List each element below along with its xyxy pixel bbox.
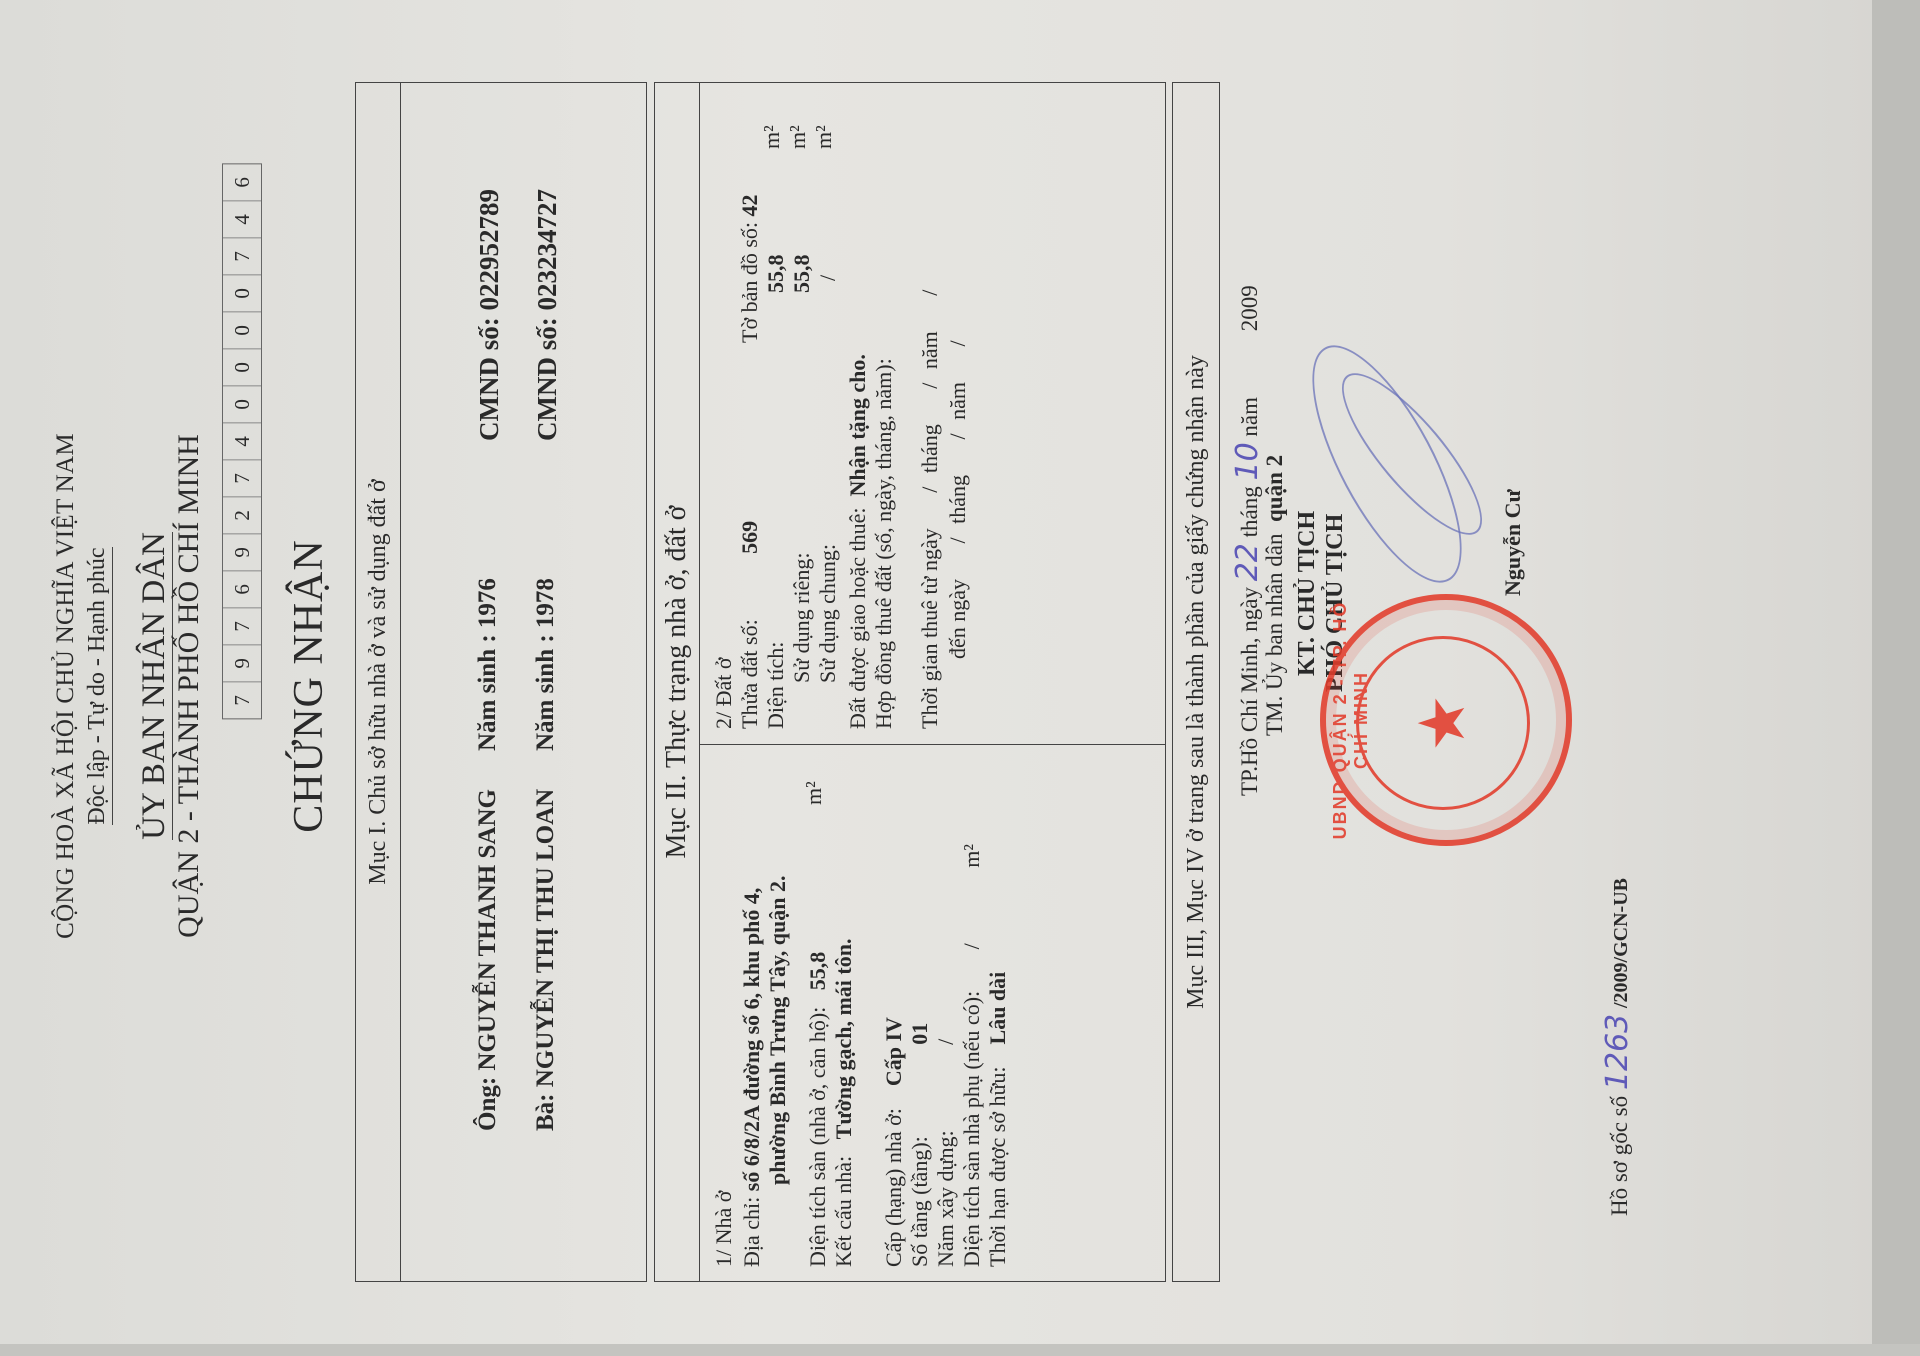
column-divider xyxy=(699,744,1165,745)
land-private-unit: m² xyxy=(785,125,811,149)
serial-digit: 4 xyxy=(223,200,261,237)
certificate-page: CỘNG HOÀ XÃ HỘI CHỦ NGHĨA VIỆT NAM Độc l… xyxy=(0,16,1840,1356)
owner-1-id: CMND số: 022952789 xyxy=(474,189,505,441)
land-area: Diện tích: xyxy=(763,642,789,729)
land-private-use: Sử dụng riêng: xyxy=(789,553,815,683)
land-area-unit: m² xyxy=(759,125,785,149)
land-allocation: Đất được giao hoặc thuê: Nhận tặng cho. xyxy=(845,354,871,729)
house-floors: Số tầng (tầng): 01 xyxy=(907,1023,933,1267)
serial-digit: 4 xyxy=(223,422,261,459)
serial-digit: 9 xyxy=(223,533,261,570)
owner-1-birth: Năm sinh : 1976 xyxy=(474,578,502,751)
house-floor-area: Diện tích sàn (nhà ở, căn hộ): 55,8 xyxy=(805,952,831,1267)
section-property: Mục II. Thực trạng nhà ở, đất ở 1/ Nhà ở… xyxy=(654,82,1166,1282)
section-property-heading: Mục II. Thực trạng nhà ở, đất ở xyxy=(655,83,700,1281)
sign-role-1: KT. CHỦ TỊCH xyxy=(1294,511,1321,676)
house-structure: Kết cấu nhà: Tường gạch, mái tôn. xyxy=(831,939,857,1267)
house-ownership-term: Thời hạn được sở hữu: Lâu dài xyxy=(985,972,1011,1267)
record-number: Hồ sơ gốc số 1263 /2009/GCN-UB xyxy=(1600,878,1635,1216)
issue-date: TP.Hồ Chí Minh, ngày 22 tháng 10 năm 200… xyxy=(1230,285,1265,796)
house-year-built: Năm xây dựng: / xyxy=(933,1039,959,1267)
seal-star-icon: ★ xyxy=(1356,636,1530,810)
owner-1-name: Ông: NGUYỄN THANH SANG xyxy=(474,789,502,1131)
signer-name: Nguyễn Cư xyxy=(1500,489,1526,596)
issuer: ỦY BAN NHÂN DÂN xyxy=(136,16,173,1356)
house-address: Địa chỉ: số 6/8/2A đường số 6, khu phố 4… xyxy=(739,888,765,1267)
serial-digit: 6 xyxy=(223,570,261,607)
serial-digit: 7 xyxy=(223,459,261,496)
serial-digit: 0 xyxy=(223,348,261,385)
motto: Độc lập - Tự do - Hạnh phúc xyxy=(84,16,111,1356)
land-area-value: 55,8 xyxy=(763,255,789,294)
owner-2-id: CMND số: 023234727 xyxy=(532,189,563,441)
owner-2-birth: Năm sinh : 1978 xyxy=(532,578,560,751)
house-address-line2: phường Bình Trưng Tây, quận 2. xyxy=(765,876,791,1185)
serial-digit: 0 xyxy=(223,385,261,422)
land-shared-value: / xyxy=(815,275,841,281)
section-note: Mục III, Mục IV ở trang sau là thành phầ… xyxy=(1172,82,1220,1282)
house-aux-area: Diện tích sàn nhà phụ (nếu có): / m² xyxy=(959,844,985,1267)
serial-number: 797692740000746 xyxy=(222,163,262,719)
country-name: CỘNG HOÀ XÃ HỘI CHỦ NGHĨA VIỆT NAM xyxy=(52,16,80,1356)
document-title: CHỨNG NHẬN xyxy=(285,16,333,1356)
land-heading: 2/ Đất ở xyxy=(711,657,737,729)
land-lease-to: đến ngày / tháng / năm / xyxy=(945,340,971,659)
house-heading: 1/ Nhà ở xyxy=(711,1191,737,1267)
authority-line: TM. Ủy ban nhân dân quận 2 xyxy=(1262,455,1288,736)
official-seal: UBND QUẬN 2 - TP. HỒ CHÍ MINH ★ xyxy=(1320,594,1572,846)
land-lease-contract: Hợp đồng thuê đất (số, ngày, tháng, năm)… xyxy=(871,358,897,729)
land-shared-use: Sử dụng chung: xyxy=(815,544,841,683)
land-private-value: 55,8 xyxy=(789,255,815,294)
table-surface xyxy=(1872,0,1920,1356)
serial-digit: 6 xyxy=(223,164,261,200)
serial-digit: 9 xyxy=(223,644,261,681)
serial-digit: 0 xyxy=(223,311,261,348)
land-map-sheet: Tờ bản đồ số: 42 xyxy=(737,194,763,343)
section-owners-heading: Mục I. Chủ sở hữu nhà ở và sử dụng đất ở xyxy=(356,83,401,1281)
land-shared-unit: m² xyxy=(811,125,837,149)
issuer-district: QUẬN 2 - THÀNH PHỐ HỒ CHÍ MINH xyxy=(172,16,206,1356)
serial-digit: 2 xyxy=(223,496,261,533)
serial-digit: 7 xyxy=(223,681,261,718)
serial-digit: 0 xyxy=(223,274,261,311)
owner-2-name: Bà: NGUYỄN THỊ THU LOAN xyxy=(532,789,560,1131)
house-grade: Cấp (hạng) nhà ở: Cấp IV xyxy=(881,1017,907,1267)
serial-digit: 7 xyxy=(223,237,261,274)
land-parcel: Thửa đất số: 569 xyxy=(737,521,763,729)
house-floor-area-unit: m² xyxy=(801,781,827,805)
land-lease-from: Thời gian thuê từ ngày / tháng / năm / xyxy=(917,290,943,729)
section-owners: Mục I. Chủ sở hữu nhà ở và sử dụng đất ở… xyxy=(355,82,647,1282)
serial-digit: 7 xyxy=(223,607,261,644)
